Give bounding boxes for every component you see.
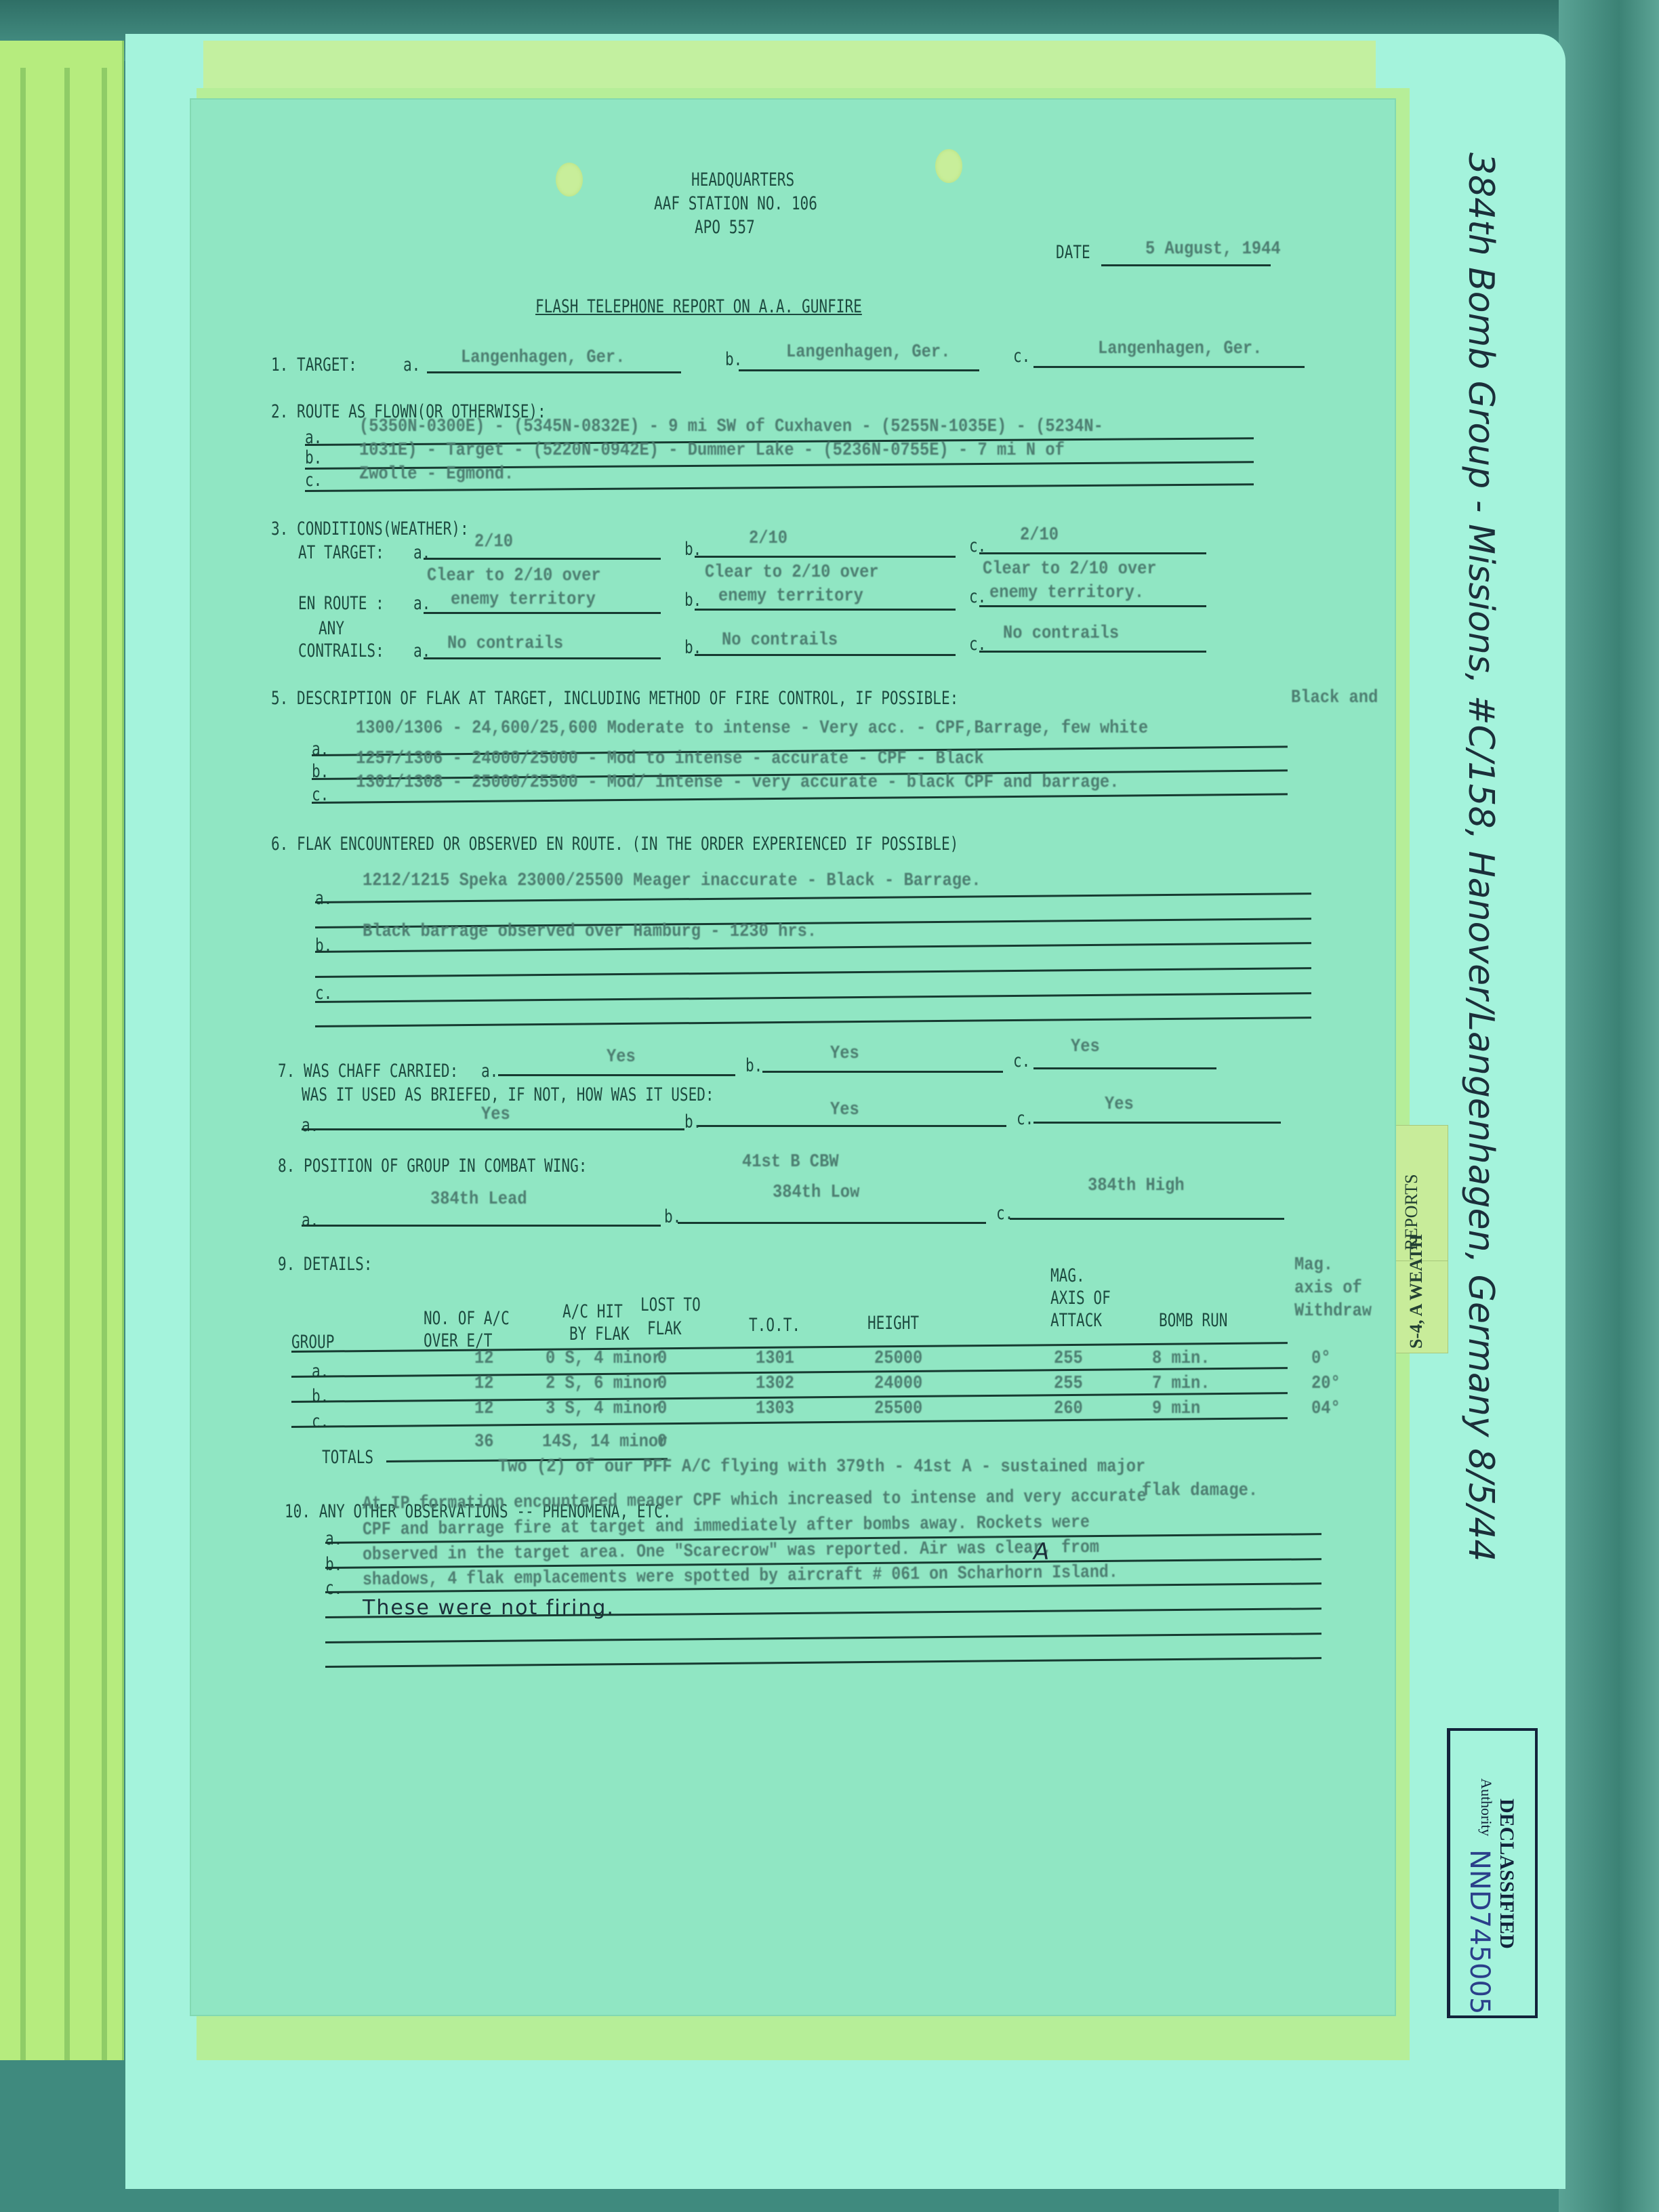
chaff-carried-b: Yes [830,1044,859,1064]
chaff-used-c: Yes [1105,1094,1134,1115]
underline [315,942,1311,953]
chaff-carried-a: Yes [607,1047,636,1067]
details-cell-height: 25500 [874,1399,922,1419]
details-note-2: flak damage. [1142,1481,1258,1501]
sub-b: b. [684,1111,701,1132]
sub-c: c. [1013,1050,1030,1071]
details-cell-no-ac: 12 [474,1399,494,1419]
underline [498,1074,735,1076]
report-page: HEADQUARTERS AAF STATION NO. 106 APO 557… [190,98,1396,2016]
position-b: 384th Low [773,1183,859,1203]
details-cell-group: c. [312,1411,329,1432]
sub-a: a. [325,1528,342,1549]
sub-a: a. [413,542,430,563]
header-line-1: HEADQUARTERS [691,169,794,190]
col-height: HEIGHT [867,1313,919,1334]
paper-edge [102,68,107,2060]
details-cell-no-ac: 12 [474,1349,494,1369]
contrails-a: No contrails [447,634,563,654]
sub-b: b. [664,1206,681,1227]
chaff-carried-label: 7. WAS CHAFF CARRIED: [278,1061,458,1082]
sub-c: c. [305,470,322,491]
flak-target-c: 1301/1308 - 25000/25500 - Mod/ intense -… [356,773,1119,793]
underline [678,1222,986,1224]
details-note-1: Two (2) of our PFF A/C flying with 379th… [498,1457,1145,1477]
at-target-a: 2/10 [474,532,513,552]
target-a: Langenhagen, Ger. [461,348,625,368]
underline [424,612,661,614]
contrails-b: No contrails [722,630,838,651]
flak-enroute-b: Black barrage observed over Hamburg - 12… [363,922,817,942]
authority-label: Authority [1477,1778,1495,1837]
details-cell-group: b. [312,1386,329,1407]
underline [979,552,1206,554]
contrails-label-1: ANY [319,618,344,639]
col-by-flak: BY FLAK [569,1324,630,1345]
sub-a: a. [481,1061,498,1082]
underline [315,893,1311,903]
col-axis-of: AXIS OF [1050,1288,1111,1309]
en-route-a-1: Clear to 2/10 over [427,566,601,586]
underline [302,1128,684,1130]
col-tot: T.O.T. [749,1315,800,1336]
underline [315,967,1311,978]
details-cell-axis: 255 [1054,1349,1083,1369]
totals-lost: 0 [657,1432,667,1452]
chaff-used-label: WAS IT USED AS BRIEFED, IF NOT, HOW WAS … [302,1084,714,1105]
chaff-used-a: Yes [481,1105,510,1125]
col-withdraw: Mag. axis of Withdraw [1294,1254,1372,1323]
background-right [1559,0,1659,2212]
details-cell-hit: 0 S, 4 minor [546,1349,661,1369]
details-cell-axis: 255 [1054,1374,1083,1394]
sub-a: a. [413,593,430,614]
sub-a: a. [315,888,332,909]
details-cell-hit: 2 S, 6 minor [546,1374,661,1394]
target-b: Langenhagen, Ger. [786,342,950,363]
underline [979,651,1206,653]
details-cell-bomb-run: 7 min. [1152,1374,1210,1394]
underline [1101,264,1271,266]
underline [325,1633,1322,1643]
position-c: 384th High [1088,1176,1185,1196]
details-cell-tot: 1302 [756,1374,794,1394]
paper-edge [20,68,26,2060]
underline [695,609,956,611]
authority-value: NND745005 [1464,1849,1495,2014]
details-cell-axis: 260 [1054,1399,1083,1419]
col-bomb-run: BOMB RUN [1159,1310,1227,1331]
flak-target-b: 1257/1306 - 24000/25000 - Mod to intense… [356,749,984,769]
observations-line-0: At IP formation encountered meager CPF w… [363,1486,1147,1515]
declassified-title: DECLASSIFIED [1495,1799,1518,1949]
contrails-label-2: CONTRAILS: [298,640,384,661]
details-label: 9. DETAILS: [278,1254,372,1275]
target-label: 1. TARGET: [271,354,357,375]
details-cell-withdraw: 0° [1311,1349,1331,1369]
col-mag: MAG. [1050,1265,1085,1286]
date-value: 5 August, 1944 [1145,239,1281,260]
en-route-c-2: enemy territory. [989,583,1144,603]
details-cell-no-ac: 12 [474,1374,494,1394]
paper-edge [64,68,70,2060]
sub-c: c. [1017,1108,1033,1129]
flak-target-label: 5. DESCRIPTION OF FLAK AT TARGET, INCLUD… [271,688,958,709]
totals-label: TOTALS [322,1447,373,1468]
combat-wing: 41st B CBW [742,1152,839,1172]
details-cell-lost: 0 [657,1399,667,1419]
sub-a: a. [312,739,329,760]
report-title: FLASH TELEPHONE REPORT ON A.A. GUNFIRE [535,296,862,317]
declassified-stamp: DECLASSIFIED Authority NND745005 [1447,1728,1538,2018]
underline [315,992,1311,1003]
underline [698,1125,1006,1127]
col-flak: FLAK [647,1318,682,1339]
route-b: 1031E) - Target - (5220N-0942E) - Dummer… [359,441,1065,461]
details-cell-height: 25000 [874,1349,922,1369]
en-route-b-1: Clear to 2/10 over [705,562,879,583]
totals-hit: 14S, 14 minor [542,1432,668,1452]
sub-b: b. [315,935,332,956]
col-no-ac: NO. OF A/C [424,1308,510,1329]
underline [695,556,956,558]
underline [424,558,661,560]
at-target-c: 2/10 [1020,525,1059,546]
header-line-2: AAF STATION NO. 106 [654,193,817,214]
sub-b: b. [684,590,701,611]
details-cell-withdraw: 04° [1311,1399,1340,1419]
chaff-carried-c: Yes [1071,1037,1100,1057]
sub-c: c. [325,1578,342,1599]
flak-enroute-label: 6. FLAK ENCOUNTERED OR OBSERVED EN ROUTE… [271,834,958,855]
underline [739,369,979,371]
en-route-label: EN ROUTE : [298,593,384,614]
underline [1033,1122,1281,1124]
date-label: DATE [1056,242,1090,263]
sub-a: a. [302,1115,319,1136]
underline [305,483,1254,492]
underline [325,1657,1322,1668]
details-cell-height: 24000 [874,1374,922,1394]
underline [315,1017,1311,1027]
underline [302,1225,661,1227]
details-cell-tot: 1301 [756,1349,794,1369]
totals-no-ac: 36 [474,1432,494,1452]
underline [979,605,1206,607]
punch-hole [556,163,583,197]
tab-weather-label: S-4, A WEATH [1406,1234,1427,1349]
underline [1033,366,1305,368]
sub-c: c. [1013,346,1030,367]
header-line-3: APO 557 [695,217,755,238]
sub-b: b. [725,349,742,370]
sub-b: b. [745,1055,762,1076]
col-attack: ATTACK [1050,1310,1102,1331]
sub-a: a. [302,1210,319,1231]
flak-target-a: 1300/1306 - 24,600/25,600 Moderate to in… [356,718,1148,739]
punch-hole [935,149,962,183]
en-route-a-2: enemy territory [451,590,596,610]
col-ac-hit: A/C HIT [562,1301,623,1322]
en-route-b-2: enemy territory [718,586,863,607]
en-route-c-1: Clear to 2/10 over [983,559,1157,579]
underline [1010,1218,1284,1220]
details-cell-bomb-run: 8 min. [1152,1349,1210,1369]
underline [427,371,681,373]
at-target-b: 2/10 [749,529,787,549]
col-lost-to: LOST TO [640,1294,701,1315]
flak-target-a-extra: Black and [1291,688,1378,708]
flak-enroute-a: 1212/1215 Speka 23000/25500 Meager inacc… [363,871,981,891]
underline [424,657,661,659]
at-target-label: AT TARGET: [298,542,384,563]
contrails-c: No contrails [1003,623,1119,644]
details-cell-lost: 0 [657,1349,667,1369]
route-c: Zwolle - Egmond. [359,464,514,485]
position-label: 8. POSITION OF GROUP IN COMBAT WING: [278,1155,587,1176]
conditions-label: 3. CONDITIONS(WEATHER): [271,518,469,539]
route-a: (5350N-0300E) - (5345N-0832E) - 9 mi SW … [359,417,1103,437]
chaff-used-b: Yes [830,1100,859,1120]
margin-handwritten-note: 384th Bomb Group - Missions, #C/158, Han… [1460,152,1501,1711]
sub-c: c. [969,586,986,607]
details-cell-bomb-run: 9 min [1152,1399,1200,1419]
details-cell-group: a. [312,1361,329,1382]
underline [1033,1067,1216,1069]
sub-c: c. [996,1203,1013,1224]
details-cell-hit: 3 S, 4 minor [546,1399,661,1419]
details-cell-tot: 1303 [756,1399,794,1419]
sub-a: a. [403,354,420,375]
target-c: Langenhagen, Ger. [1098,339,1262,359]
details-cell-lost: 0 [657,1374,667,1394]
col-group: GROUP [291,1332,334,1353]
position-a: 384th Lead [430,1189,527,1210]
left-paper-stack [0,41,124,2060]
underline [695,654,956,656]
underline [762,1071,1003,1073]
sub-b: b. [305,447,322,468]
details-cell-withdraw: 20° [1311,1374,1340,1394]
sub-b: b. [325,1554,342,1575]
underline [312,793,1288,804]
